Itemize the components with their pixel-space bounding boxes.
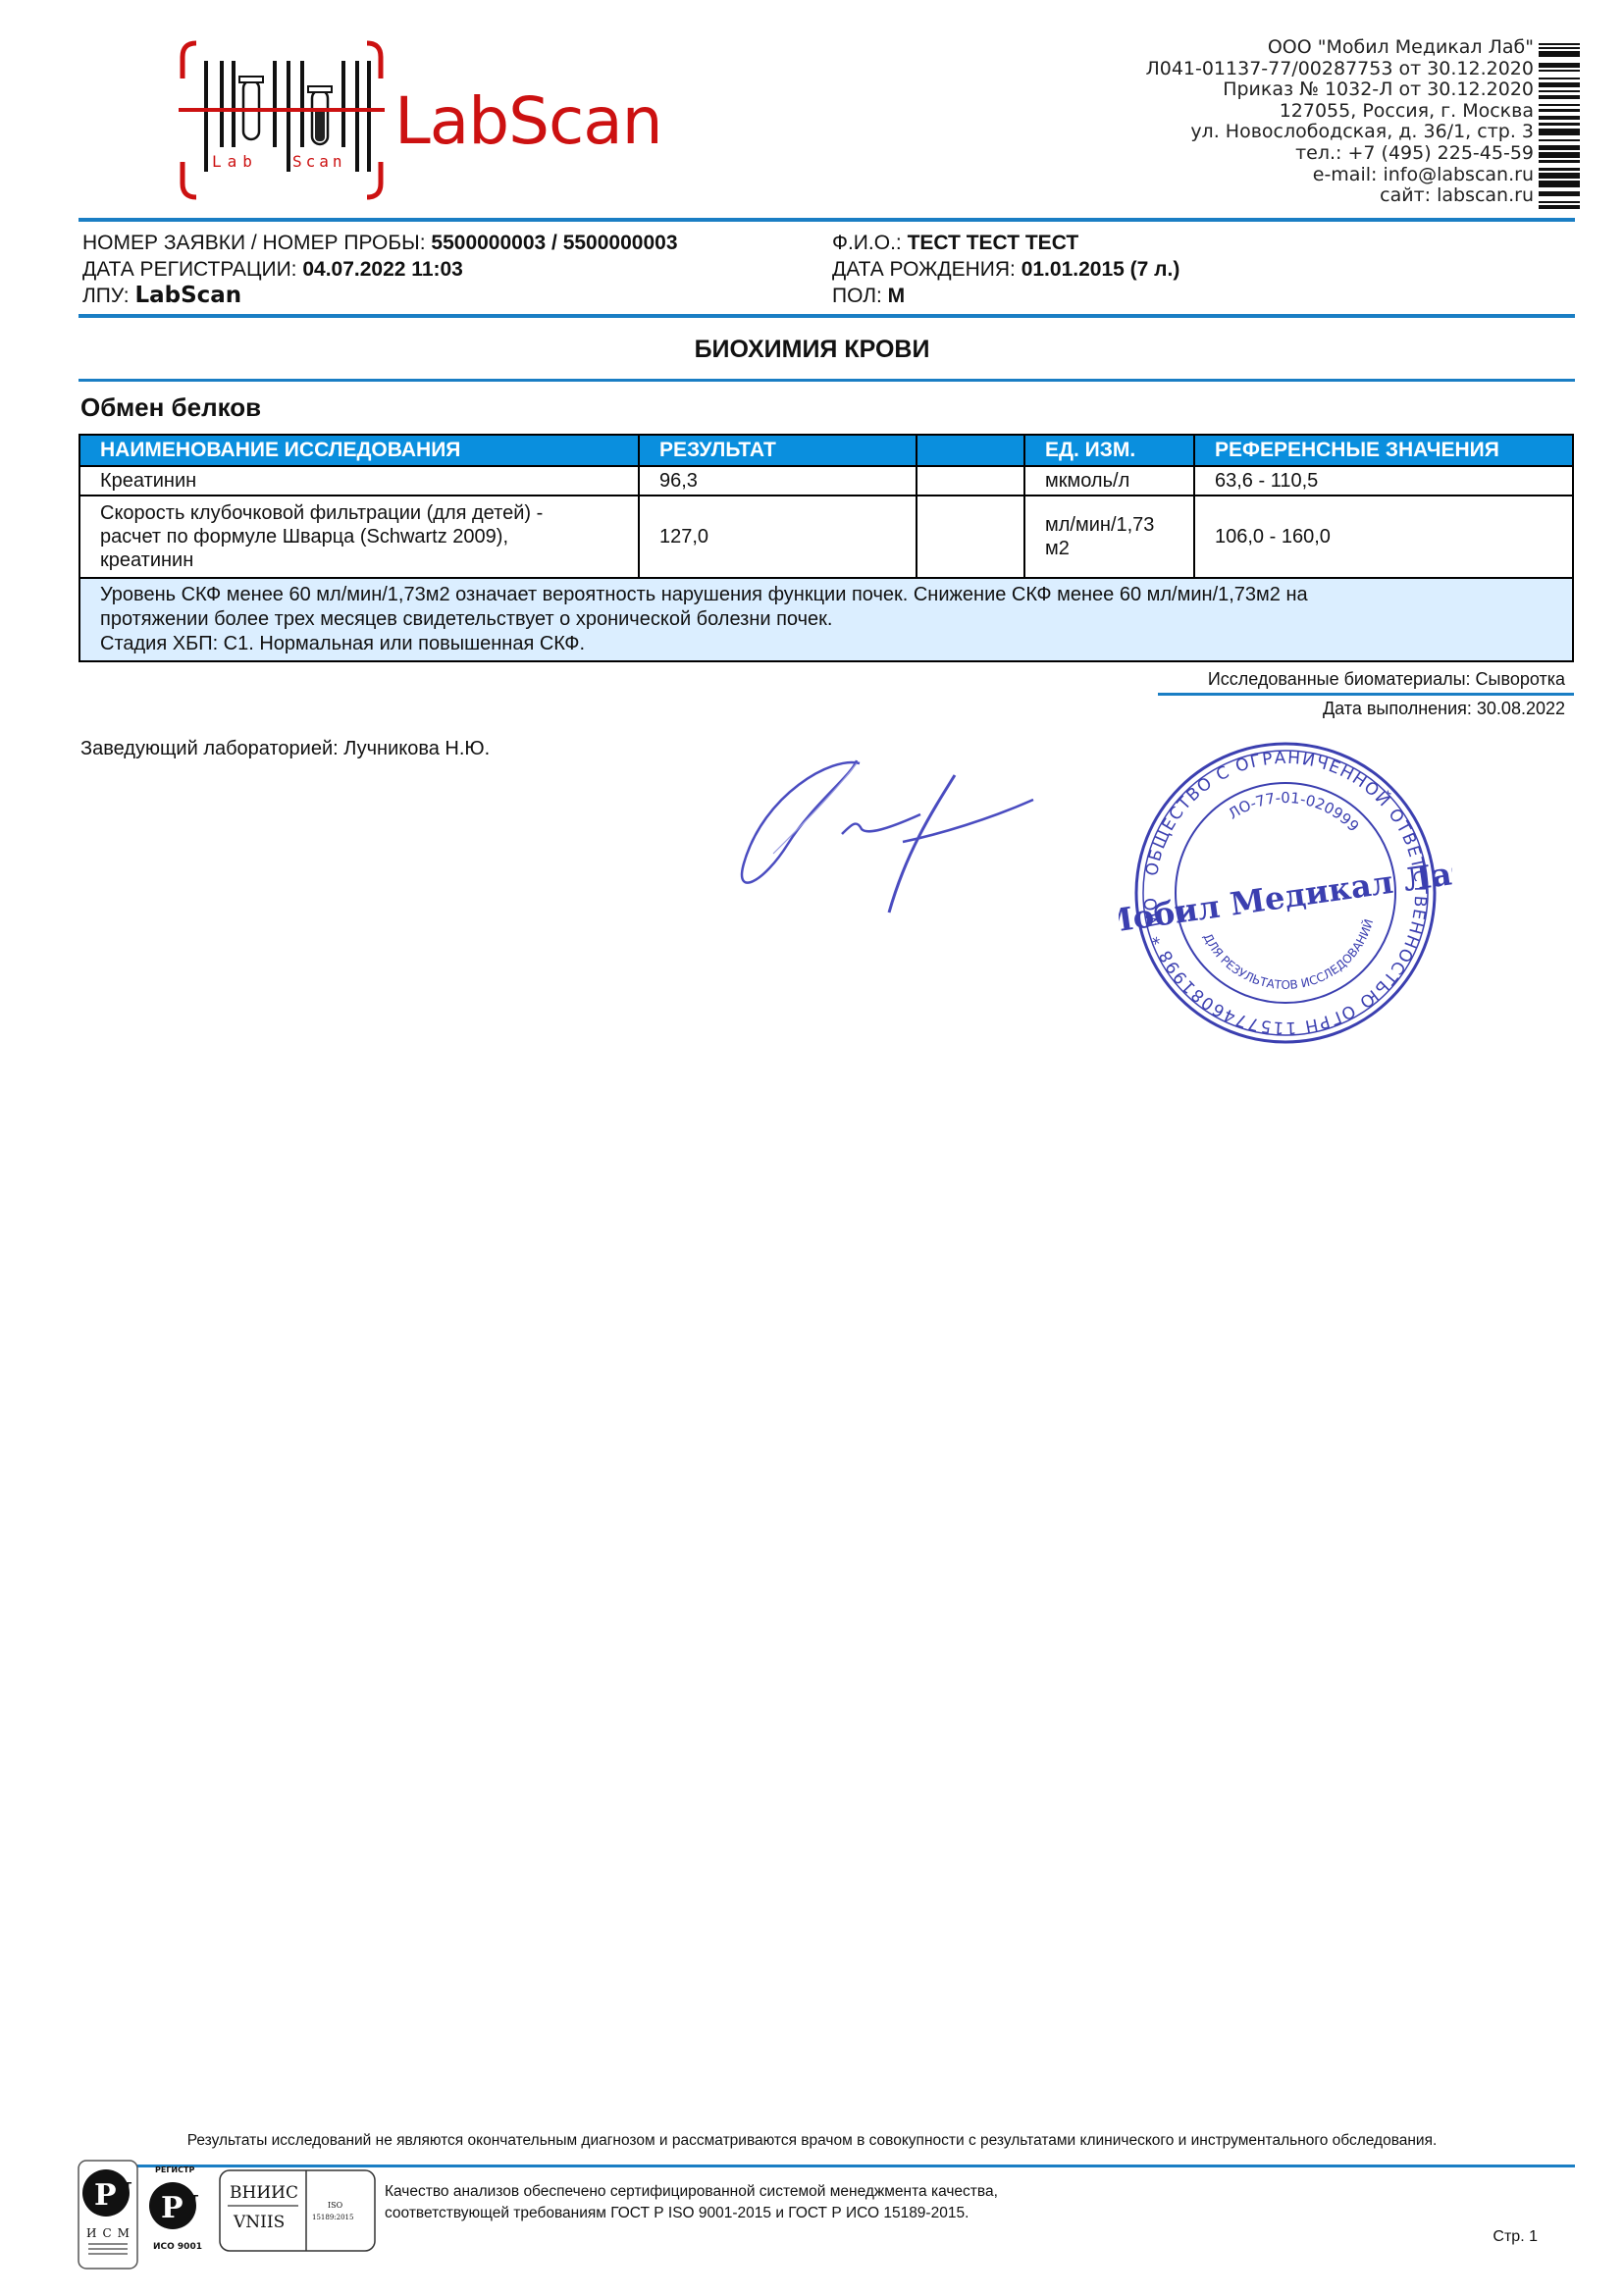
company-phone: тел.: +7 (495) 225-45-59 [1145, 143, 1534, 165]
order-number-value: 5500000003 / 5500000003 [431, 232, 677, 254]
test-result: 96,3 [639, 466, 917, 496]
page-number: Стр. 1 [1493, 2228, 1538, 2246]
sex-value: М [888, 285, 906, 307]
lpu-label: ЛПУ: [82, 285, 130, 307]
registration-date-value: 04.07.2022 11:03 [302, 258, 463, 281]
order-number-row: НОМЕР ЗАЯВКИ / НОМЕР ПРОБЫ: 5500000003 /… [82, 230, 678, 256]
table-row: Скорость клубочковой фильтрации (для дет… [79, 496, 1573, 578]
col-header-name: НАИМЕНОВАНИЕ ИССЛЕДОВАНИЯ [79, 435, 639, 466]
order-number-label: НОМЕР ЗАЯВКИ / НОМЕР ПРОБЫ: [82, 232, 426, 254]
official-stamp-icon: ОБЩЕСТВО С ОГРАНИЧЕННОЙ ОТВЕТСТВЕННОСТЬЮ… [1119, 731, 1452, 1055]
lpu-value: LabScan [134, 283, 241, 308]
patient-info-left: НОМЕР ЗАЯВКИ / НОМЕР ПРОБЫ: 5500000003 /… [82, 230, 678, 309]
lpu-row: ЛПУ: LabScan [82, 283, 678, 309]
labscan-logo: Lab Scan LabScan [179, 39, 669, 201]
test-comment: Уровень СКФ менее 60 мл/мин/1,73м2 означ… [79, 578, 1573, 661]
rst-ism-logo-icon: P т ИСМ [79, 2161, 137, 2269]
lab-manager: Заведующий лабораторией: Лучникова Н.Ю. [80, 738, 490, 760]
col-header-unit: ЕД. ИЗМ. [1024, 435, 1194, 466]
patient-divider [79, 314, 1575, 318]
patient-name-value: ТЕСТ ТЕСТ ТЕСТ [908, 232, 1079, 254]
registration-date-row: ДАТА РЕГИСТРАЦИИ: 04.07.2022 11:03 [82, 256, 678, 283]
note-line: Уровень СКФ менее 60 мл/мин/1,73м2 означ… [100, 583, 1552, 607]
svg-text:ИСО 9001: ИСО 9001 [153, 2242, 202, 2252]
test-flag [917, 496, 1024, 578]
test-flag [917, 466, 1024, 496]
col-header-flag [917, 435, 1024, 466]
results-table: НАИМЕНОВАНИЕ ИССЛЕДОВАНИЯ РЕЗУЛЬТАТ ЕД. … [79, 434, 1574, 662]
table-header-row: НАИМЕНОВАНИЕ ИССЛЕДОВАНИЯ РЕЗУЛЬТАТ ЕД. … [79, 435, 1573, 466]
test-reference: 63,6 - 110,5 [1194, 466, 1573, 496]
birth-date-row: ДАТА РОЖДЕНИЯ: 01.01.2015 (7 л.) [832, 256, 1179, 283]
company-info: ООО "Мобил Медикал Лаб" Л041-01137-77/00… [1145, 37, 1534, 207]
footer-disclaimer: Результаты исследований не являются окон… [0, 2132, 1624, 2150]
sex-row: ПОЛ: М [832, 283, 1179, 309]
quality-statement: Качество анализов обеспечено сертифициро… [385, 2181, 998, 2224]
svg-text:Scan: Scan [292, 152, 346, 171]
svg-text:VNIIS: VNIIS [233, 2213, 285, 2232]
svg-text:P: P [161, 2191, 183, 2225]
patient-name-label: Ф.И.О.: [832, 232, 902, 254]
quality-line: соответствующей требованиям ГОСТ Р ISO 9… [385, 2203, 998, 2224]
barcode-testtube-icon: Lab Scan [179, 39, 385, 201]
note-line: Стадия ХБП: С1. Нормальная или повышенна… [100, 632, 1552, 656]
certification-logos: P т ИСМ РЕГИСТР P т ИСО 9001 ВНИИС VNIIS… [77, 2159, 391, 2271]
company-street: ул. Новослободская, д. 36/1, стр. 3 [1145, 122, 1534, 143]
birth-date-value: 01.01.2015 (7 л.) [1022, 258, 1180, 281]
table-note-row: Уровень СКФ менее 60 мл/мин/1,73м2 означ… [79, 578, 1573, 661]
svg-text:Lab: Lab [212, 152, 258, 171]
svg-text:15189:2015: 15189:2015 [312, 2214, 353, 2221]
col-header-result: РЕЗУЛЬТАТ [639, 435, 917, 466]
quality-line: Качество анализов обеспечено сертифициро… [385, 2181, 998, 2203]
company-license: Л041-01137-77/00287753 от 30.12.2020 [1145, 59, 1534, 80]
company-email: e-mail: info@labscan.ru [1145, 165, 1534, 186]
title-divider [79, 379, 1575, 382]
patient-info-right: Ф.И.О.: ТЕСТ ТЕСТ ТЕСТ ДАТА РОЖДЕНИЯ: 01… [832, 230, 1179, 309]
header-divider [79, 218, 1575, 222]
svg-text:т: т [190, 2191, 199, 2207]
sex-label: ПОЛ: [832, 285, 882, 307]
test-name: Скорость клубочковой фильтрации (для дет… [79, 496, 639, 578]
company-name: ООО "Мобил Медикал Лаб" [1145, 37, 1534, 59]
company-city: 127055, Россия, г. Москва [1145, 101, 1534, 123]
col-header-reference: РЕФЕРЕНСНЫЕ ЗНАЧЕНИЯ [1194, 435, 1573, 466]
table-row: Креатинин 96,3 мкмоль/л 63,6 - 110,5 [79, 466, 1573, 496]
company-site: сайт: labscan.ru [1145, 185, 1534, 207]
svg-text:т: т [124, 2178, 132, 2194]
document-title: БИОХИМИЯ КРОВИ [0, 336, 1624, 364]
test-unit: мкмоль/л [1024, 466, 1194, 496]
registration-date-label: ДАТА РЕГИСТРАЦИИ: [82, 258, 297, 281]
vniis-logo-icon: ВНИИС VNIIS ISO 15189:2015 [220, 2170, 375, 2251]
svg-text:РЕГИСТР: РЕГИСТР [155, 2166, 194, 2174]
signature-icon [734, 736, 1048, 932]
birth-date-label: ДАТА РОЖДЕНИЯ: [832, 258, 1016, 281]
svg-text:ВНИИС: ВНИИС [230, 2183, 298, 2203]
svg-text:ISO: ISO [328, 2201, 343, 2210]
company-order: Приказ № 1032-Л от 30.12.2020 [1145, 79, 1534, 101]
svg-text:«Мобил Медикал Лаб»: «Мобил Медикал Лаб» [1119, 850, 1452, 945]
vertical-barcode-icon [1539, 43, 1580, 214]
section-title: Обмен белков [80, 392, 261, 423]
register-iso9001-logo-icon: РЕГИСТР P т ИСО 9001 [149, 2166, 202, 2252]
test-result: 127,0 [639, 496, 917, 578]
svg-text:ДЛЯ РЕЗУЛЬТАТОВ ИССЛЕДОВАНИЙ: ДЛЯ РЕЗУЛЬТАТОВ ИССЛЕДОВАНИЙ [1200, 917, 1376, 992]
completion-date: Дата выполнения: 30.08.2022 [1323, 699, 1565, 719]
patient-name-row: Ф.И.О.: ТЕСТ ТЕСТ ТЕСТ [832, 230, 1179, 256]
meta-divider [1158, 693, 1574, 696]
note-line: протяжении более трех месяцев свидетельс… [100, 607, 1552, 632]
test-reference: 106,0 - 160,0 [1194, 496, 1573, 578]
logo-wordmark: LabScan [394, 83, 662, 159]
test-name: Креатинин [79, 466, 639, 496]
svg-text:ИСМ: ИСМ [86, 2226, 135, 2240]
test-unit: мл/мин/1,73 м2 [1024, 496, 1194, 578]
svg-text:P: P [94, 2178, 117, 2213]
svg-text:ЛО-77-01-020999: ЛО-77-01-020999 [1225, 789, 1362, 835]
biomaterial-info: Исследованные биоматериалы: Сыворотка [1208, 669, 1565, 690]
